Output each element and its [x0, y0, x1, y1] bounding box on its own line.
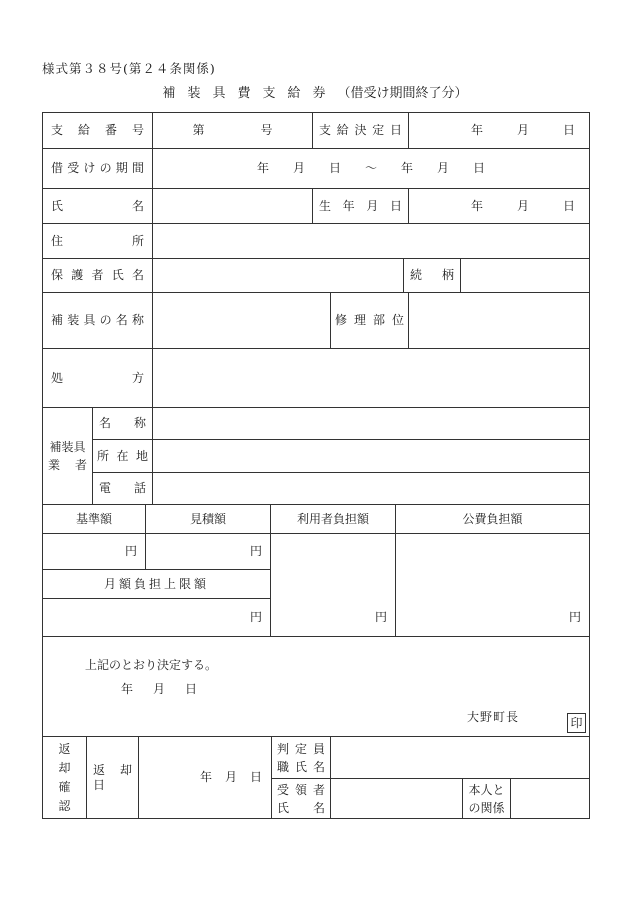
decision-block-cell: 上記のとおり決定する。 年 月 日 大野町長 印 [42, 636, 590, 737]
vendor-address-label-cell: 所 在 地 [92, 439, 153, 473]
month-unit: 月 [437, 161, 449, 176]
return-confirm-label-cell: 返 却 確 認 [42, 736, 87, 819]
vendor-name-label-cell: 名 称 [92, 407, 153, 440]
user-share-header: 利用者負担額 [297, 512, 369, 527]
monthly-cap-value-cell: 円 [42, 598, 271, 637]
month-unit: 月 [153, 682, 165, 697]
repair-part-label-cell: 修 理 部 位 [330, 292, 409, 349]
year-unit: 年 [471, 123, 483, 138]
day-unit: 日 [250, 770, 262, 785]
standard-amount-header: 基準額 [76, 512, 112, 527]
grant-number-suffix: 号 [261, 123, 273, 138]
self-relation-value-cell [510, 778, 590, 819]
vendor-name-label: 名 称 [93, 416, 152, 431]
vendor-group-line1: 補装具 [48, 438, 87, 456]
guardian-label-cell: 保 護 者 氏 名 [42, 258, 153, 293]
month-unit: 月 [225, 770, 237, 785]
day-unit: 日 [185, 682, 197, 697]
recipient-label-line1: 受 領 者 [277, 781, 325, 799]
assessor-value-cell [330, 736, 590, 779]
name-value-cell [152, 188, 313, 224]
year-unit: 年 [121, 682, 133, 697]
month-unit: 月 [293, 161, 305, 176]
tilde-separator: ～ [365, 161, 377, 176]
rental-period-value-cell: 年 月 日 ～ 年 月 日 [152, 148, 590, 189]
address-label-cell: 住 所 [42, 223, 153, 259]
yen-unit: 円 [250, 544, 262, 559]
monthly-cap-label-cell: 月額負担上限額 [42, 569, 271, 599]
form-table: 支 給 番 号 第 号 支 給 決 定 日 年 月 日 借 受 け の 期 間 … [42, 112, 590, 819]
device-name-label-cell: 補 装 具 の 名 称 [42, 292, 153, 349]
assessor-label-cell: 判 定 員 職 氏 名 [271, 736, 331, 779]
vendor-group-label: 補装具 業 者 [43, 438, 92, 474]
device-name-label: 補 装 具 の 名 称 [43, 313, 152, 328]
relation-label: 続 柄 [404, 268, 460, 283]
yen-unit: 円 [375, 610, 395, 636]
rental-period-label-cell: 借 受 け の 期 間 [42, 148, 153, 189]
year-unit: 年 [257, 161, 269, 176]
self-relation-line1: 本人と [468, 781, 505, 799]
decision-date: 年 月 日 [121, 682, 197, 697]
standard-amount-value-cell: 円 [42, 533, 146, 570]
estimate-amount-header-cell: 見積額 [145, 504, 271, 534]
year-unit: 年 [401, 161, 413, 176]
birth-date-value-cell: 年 月 日 [408, 188, 590, 224]
day-unit: 日 [329, 161, 341, 176]
device-name-value-cell [152, 292, 331, 349]
guardian-label: 保 護 者 氏 名 [43, 268, 152, 283]
vendor-phone-label: 電 話 [93, 481, 152, 496]
estimate-amount-value-cell: 円 [145, 533, 271, 570]
signer-title: 大野町長 [467, 710, 519, 725]
assessor-label: 判 定 員 職 氏 名 [272, 740, 330, 776]
self-relation-label-cell: 本人と の関係 [462, 778, 511, 819]
yen-unit: 円 [250, 610, 262, 625]
day-unit: 日 [563, 123, 575, 138]
grant-number-prefix: 第 [192, 123, 204, 138]
vendor-group-line2: 業 者 [48, 456, 87, 474]
document-title: 補装具費支給券（借受け期間終了分） [0, 82, 630, 101]
address-label: 住 所 [43, 234, 152, 249]
grant-number-value-cell: 第 号 [152, 112, 313, 149]
grant-number-label: 支 給 番 号 [43, 123, 152, 138]
day-unit: 日 [563, 199, 575, 214]
relation-value-cell [460, 258, 590, 293]
year-unit: 年 [471, 199, 483, 214]
public-share-header-cell: 公費負担額 [395, 504, 590, 534]
address-value-cell [152, 223, 590, 259]
recipient-value-cell [330, 778, 463, 819]
name-label: 氏 名 [43, 199, 152, 214]
monthly-cap-label: 月額負担上限額 [104, 577, 209, 592]
assessor-label-line1: 判 定 員 [277, 740, 325, 758]
birth-date-label-cell: 生 年 月 日 [312, 188, 409, 224]
name-label-cell: 氏 名 [42, 188, 153, 224]
form-number: 様式第３８号(第２４条関係) [42, 59, 216, 77]
return-date-value-cell: 年 月 日 [138, 736, 272, 819]
document-title-main: 補装具費支給券 [162, 86, 337, 101]
decision-statement: 上記のとおり決定する。 [85, 658, 217, 673]
seal-box: 印 [567, 713, 586, 733]
vendor-phone-value-cell [152, 472, 590, 505]
day-unit: 日 [473, 161, 485, 176]
document-title-suffix: （借受け期間終了分） [338, 86, 468, 101]
yen-unit: 円 [569, 610, 589, 636]
user-share-value-cell: 円 [270, 533, 396, 637]
decision-date-label-cell: 支 給 決 定 日 [312, 112, 409, 149]
decision-date-value-cell: 年 月 日 [408, 112, 590, 149]
seal-mark: 印 [570, 716, 582, 731]
document-page: 様式第３８号(第２４条関係) 補装具費支給券（借受け期間終了分） 支 給 番 号… [0, 0, 630, 903]
vendor-name-value-cell [152, 407, 590, 440]
self-relation-line2: の関係 [468, 799, 505, 817]
year-unit: 年 [200, 770, 212, 785]
estimate-amount-header: 見積額 [190, 512, 226, 527]
return-confirm-label: 返 却 確 認 [43, 740, 86, 816]
month-unit: 月 [517, 123, 529, 138]
month-unit: 月 [517, 199, 529, 214]
vendor-address-value-cell [152, 439, 590, 473]
prescription-label: 処 方 [43, 371, 152, 386]
decision-date-label: 支 給 決 定 日 [313, 123, 408, 138]
standard-amount-header-cell: 基準額 [42, 504, 146, 534]
guardian-value-cell [152, 258, 404, 293]
prescription-label-cell: 処 方 [42, 348, 153, 408]
repair-part-value-cell [408, 292, 590, 349]
public-share-header: 公費負担額 [462, 512, 522, 527]
rental-period-label: 借 受 け の 期 間 [43, 161, 152, 176]
self-relation-label: 本人と の関係 [463, 781, 510, 817]
vendor-address-label: 所 在 地 [93, 449, 152, 464]
relation-label-cell: 続 柄 [403, 258, 461, 293]
grant-number-label-cell: 支 給 番 号 [42, 112, 153, 149]
prescription-value-cell [152, 348, 590, 408]
assessor-label-line2: 職 氏 名 [277, 758, 325, 776]
return-date-label-cell: 返 却 日 [86, 736, 139, 819]
user-share-header-cell: 利用者負担額 [270, 504, 396, 534]
yen-unit: 円 [125, 544, 137, 559]
birth-date-label: 生 年 月 日 [313, 199, 408, 214]
public-share-value-cell: 円 [395, 533, 590, 637]
repair-part-label: 修 理 部 位 [331, 313, 408, 328]
recipient-label: 受 領 者 氏 名 [272, 781, 330, 817]
return-date-label: 返 却 日 [87, 763, 138, 793]
recipient-label-line2: 氏 名 [277, 799, 325, 817]
recipient-label-cell: 受 領 者 氏 名 [271, 778, 331, 819]
vendor-phone-label-cell: 電 話 [92, 472, 153, 505]
vendor-group-label-cell: 補装具 業 者 [42, 407, 93, 505]
